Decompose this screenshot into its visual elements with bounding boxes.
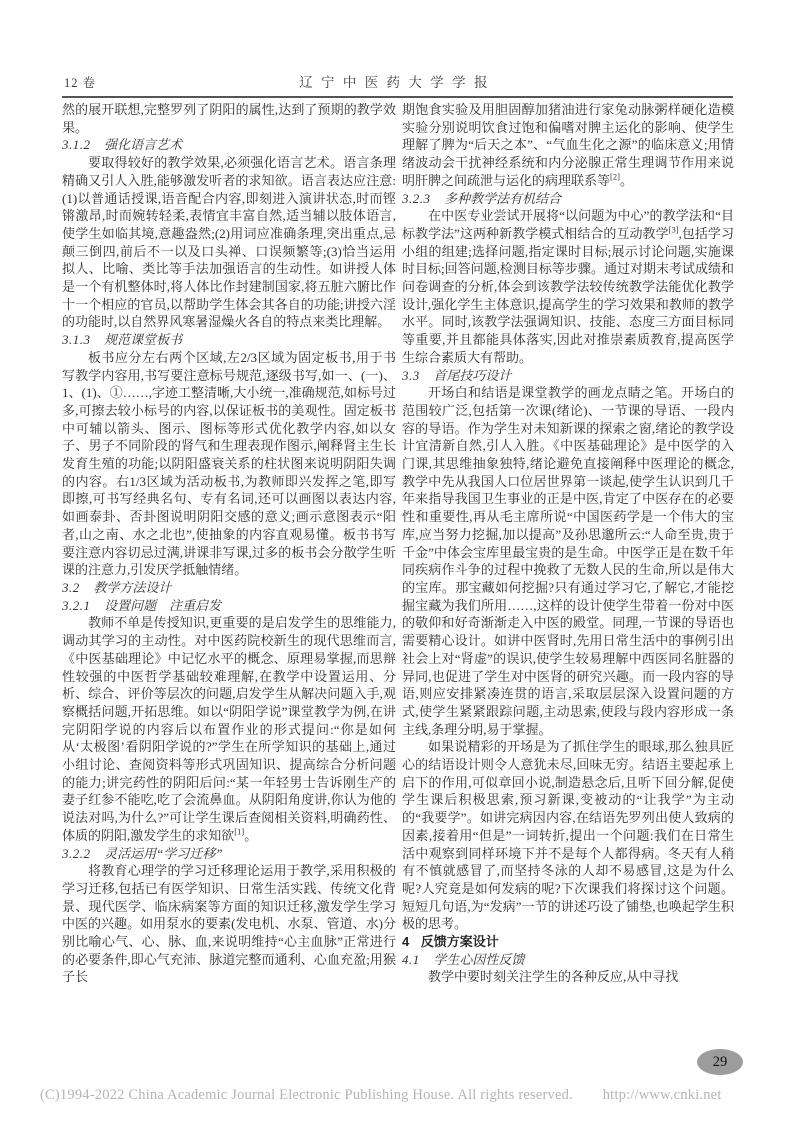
section-title: 规范课堂板书 [104, 332, 182, 347]
paragraph: 教师不单是传授知识,更重要的是启发学生的思维能力,调动其学习的主动性。对中医药院… [62, 614, 396, 844]
section-number: 4 [402, 934, 410, 949]
section-heading-4: 4反馈方案设计 [402, 933, 734, 951]
section-heading-3.1.3: 3.1.3规范课堂板书 [62, 331, 396, 349]
paragraph: 要取得较好的教学效果,必须强化语言艺术。语言条理精确又引人入胜,能够激发听者的求… [62, 154, 396, 331]
paragraph: 期饱食实验及用胆固醇加猪油进行家兔动脉粥样硬化造模实验分别说明饮食过饱和偏嗜对脾… [402, 101, 734, 190]
column-left: 然的展开联想,完整罗列了阴阳的属性,达到了预期的教学效果。3.1.2强化语言艺术… [62, 101, 396, 1085]
paragraph: 将教育心理学的学习迁移理论运用于教学,采用积极的学习迁移,包括已有医学知识、日常… [62, 862, 396, 986]
column-right: 期饱食实验及用胆固醇加猪油进行家兔动脉粥样硬化造模实验分别说明饮食过饱和偏嗜对脾… [402, 101, 734, 1085]
section-title: 教学方法设计 [93, 580, 171, 595]
page-number-badge: 29 [697, 1049, 743, 1075]
section-heading-3.2.1: 3.2.1设置问题 注重启发 [62, 597, 396, 615]
paragraph: 板书应分左右两个区域,左2/3区域为固定板书,用于书写教学内容用,书写要注意标号… [62, 349, 396, 579]
section-number: 3.2.3 [402, 191, 431, 206]
citation-ref: [2] [610, 171, 620, 181]
page-header: 12 卷 辽宁中医药大学学报 [62, 70, 733, 98]
section-number: 3.2.2 [62, 846, 91, 861]
section-heading-3.1.2: 3.1.2强化语言艺术 [62, 136, 396, 154]
section-heading-3.3: 3.3首尾技巧设计 [402, 367, 734, 385]
section-heading-3.2.3: 3.2.3多种教学法有机结合 [402, 190, 734, 208]
section-number: 3.2 [62, 580, 80, 595]
citation-ref: [1] [234, 827, 244, 837]
section-title: 设置问题 注重启发 [104, 598, 221, 613]
section-title: 反馈方案设计 [421, 934, 499, 949]
journal-page: 12 卷 辽宁中医药大学学报 然的展开联想,完整罗列了阴阳的属性,达到了预期的教… [0, 0, 794, 1123]
citation-ref: [3] [669, 225, 679, 235]
section-title: 强化语言艺术 [104, 137, 182, 152]
section-title: 灵活运用“学习迁移” [104, 846, 222, 861]
paragraph: 然的展开联想,完整罗列了阴阳的属性,达到了预期的教学效果。 [62, 101, 396, 136]
paragraph: 开场白和结语是课堂教学的画龙点睛之笔。开场白的范围较广泛,包括第一次课(绪论)、… [402, 384, 734, 738]
section-heading-3.2.2: 3.2.2灵活运用“学习迁移” [62, 845, 396, 863]
section-number: 3.3 [402, 368, 420, 383]
section-title: 首尾技巧设计 [433, 368, 511, 383]
section-number: 3.2.1 [62, 598, 91, 613]
section-number: 4.1 [402, 952, 420, 967]
section-title: 学生心因性反馈 [433, 952, 524, 967]
copyright-text: (C)1994-2022 China Academic Journal Elec… [40, 1087, 573, 1103]
journal-title: 辽宁中医药大学学报 [62, 71, 733, 91]
section-number: 3.1.2 [62, 137, 91, 152]
page-number: 29 [713, 1054, 728, 1071]
section-heading-4.1: 4.1学生心因性反馈 [402, 951, 734, 969]
cnki-link[interactable]: http://www.cnki.net [603, 1087, 722, 1103]
footer: (C)1994-2022 China Academic Journal Elec… [40, 1087, 780, 1104]
section-heading-3.2: 3.2教学方法设计 [62, 579, 396, 597]
section-title: 多种教学法有机结合 [444, 191, 561, 206]
paragraph: 在中医专业尝试开展将“以问题为中心”的教学法和“目标教学法”这两种新教学模式相结… [402, 207, 734, 366]
paragraph: 如果说精彩的开场是为了抓住学生的眼球,那么独具匠心的结语设计则令人意犹未尽,回味… [402, 738, 734, 933]
paragraph: 教学中要时刻关注学生的各种反应,从中寻找 [402, 968, 734, 986]
section-number: 3.1.3 [62, 332, 91, 347]
